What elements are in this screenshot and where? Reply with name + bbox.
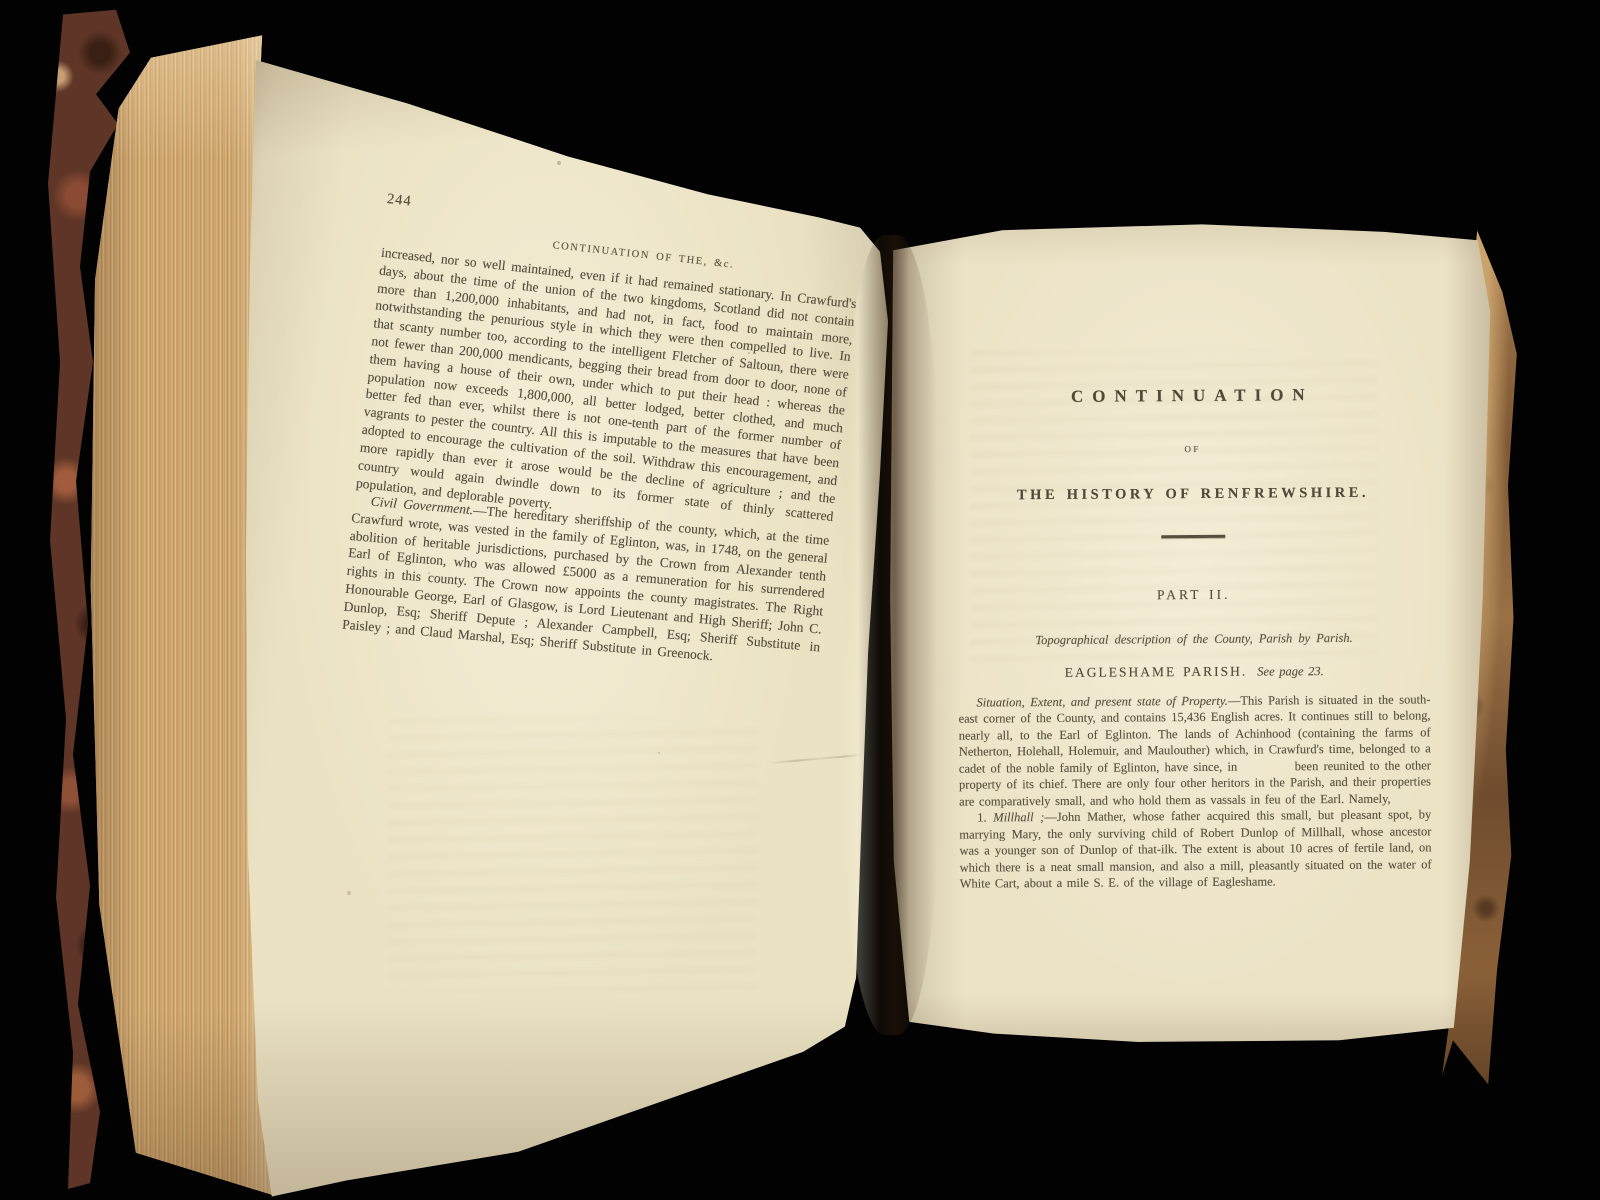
left-page: 244 CONTINUATION OF THE, &c. increased, … [228, 52, 892, 1200]
book-title: THE HISTORY OF RENFREWSHIRE. [957, 484, 1429, 506]
parish-heading: EAGLESHAME PARISH. [1065, 663, 1248, 679]
photo-stage: 244 CONTINUATION OF THE, &c. increased, … [0, 0, 1600, 1200]
right-page: CONTINUATION OF THE HISTORY OF RENFREWSH… [884, 216, 1500, 1052]
millhall-lead: Millhall ; [993, 810, 1044, 824]
section-title: CONTINUATION [956, 383, 1428, 409]
parish-heading-line: EAGLESHAME PARISH.See page 23. [958, 661, 1430, 682]
parish-see-page-note: See page 23. [1257, 664, 1324, 678]
left-page-showthrough [387, 718, 759, 994]
situation-lead: Situation, Extent, and present state of … [976, 693, 1227, 709]
left-page-text-block: 244 CONTINUATION OF THE, &c. increased, … [340, 190, 863, 685]
millhall-number-prefix: 1. [977, 810, 993, 824]
situation-text: —This Parish is situated in the south-ea… [959, 692, 1432, 808]
right-paragraph-situation: Situation, Extent, and present state of … [958, 691, 1431, 810]
title-rule [1161, 535, 1225, 538]
part-heading: PART II. [958, 585, 1430, 606]
civil-government-text: —The hereditary sheriffship of the count… [342, 503, 830, 664]
section-title-of: OF [957, 443, 1429, 458]
topographical-subtitle: Topographical description of the County,… [958, 630, 1430, 650]
right-page-text-block: CONTINUATION OF THE HISTORY OF RENFREWSH… [956, 383, 1432, 892]
pencil-mark [768, 754, 863, 764]
right-paragraph-millhall: 1. Millhall ;—John Mather, whose father … [959, 806, 1432, 892]
